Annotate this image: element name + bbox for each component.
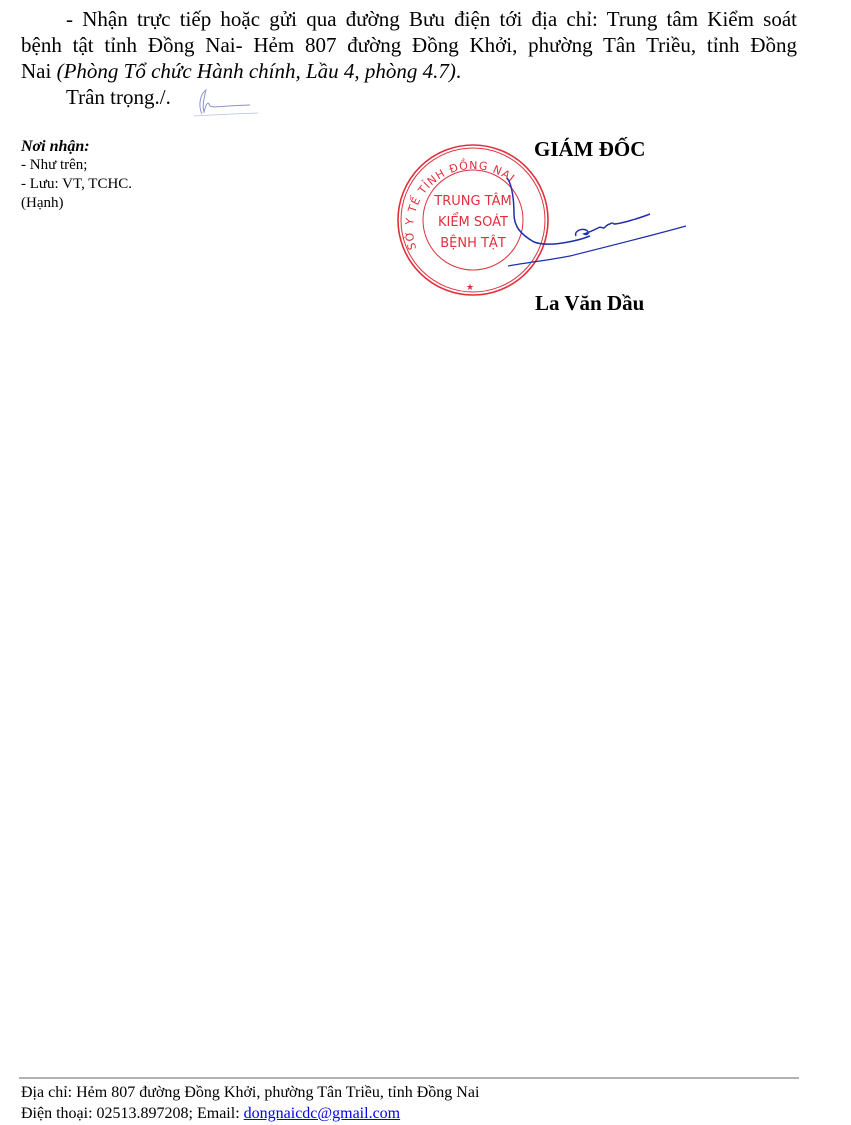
recipient-item: - Lưu: VT, TCHC. (21, 175, 132, 194)
body-paragraph: - Nhận trực tiếp hoặc gửi qua đường Bưu … (21, 6, 797, 84)
paragraph-line-1: - Nhận trực tiếp hoặc gửi qua đường Bưu … (21, 6, 797, 32)
footer-phone-email: Điện thoại: 02513.897208; Email: dongnai… (21, 1103, 479, 1124)
footer-divider (19, 1077, 799, 1079)
paragraph-line-3-end: . (456, 59, 461, 83)
recipient-item: - Như trên; (21, 156, 132, 175)
recipients-title: Nơi nhận: (21, 137, 132, 156)
footer-address: Địa chỉ: Hẻm 807 đường Đồng Khởi, phường… (21, 1082, 479, 1103)
recipient-item: (Hạnh) (21, 194, 132, 213)
paragraph-line-2: bệnh tật tỉnh Đồng Nai- Hẻm 807 đường Đồ… (21, 32, 797, 58)
paragraph-line-3-text: Nai (21, 59, 57, 83)
footer-phone: Điện thoại: 02513.897208; Email: (21, 1105, 244, 1122)
email-link[interactable]: dongnaicdc@gmail.com (244, 1105, 400, 1122)
footer-contact: Địa chỉ: Hẻm 807 đường Đồng Khởi, phường… (21, 1082, 479, 1124)
office-location-note: (Phòng Tổ chức Hành chính, Lầu 4, phòng … (57, 59, 456, 83)
signer-title: GIÁM ĐỐC (534, 136, 645, 162)
recipients-block: Nơi nhận: - Như trên; - Lưu: VT, TCHC. (… (21, 137, 132, 213)
initial-signature-icon (190, 86, 262, 120)
paragraph-line-3: Nai (Phòng Tổ chức Hành chính, Lầu 4, ph… (21, 58, 797, 84)
closing-phrase: Trân trọng./. (66, 84, 171, 110)
signer-name: La Văn Dầu (535, 290, 644, 316)
handwritten-signature-icon (490, 170, 690, 280)
stamp-star-icon: ★ (466, 283, 474, 293)
